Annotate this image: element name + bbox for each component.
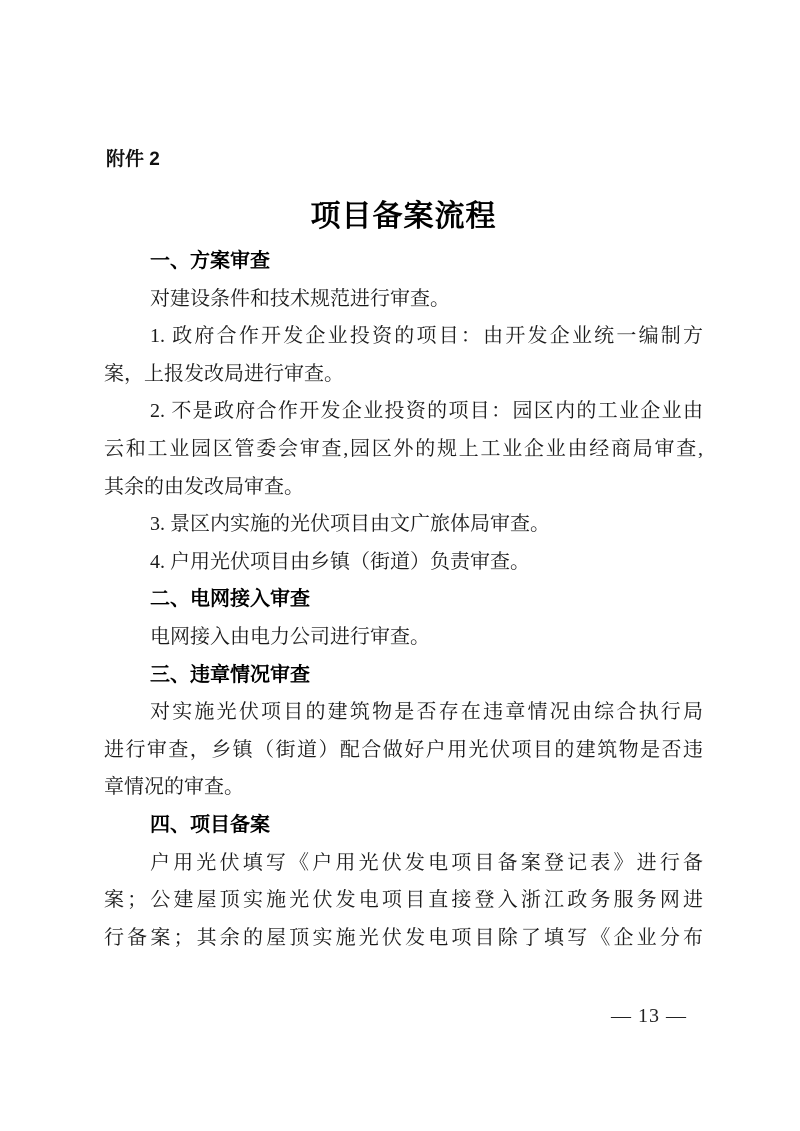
paragraph-line: 章情况的审查。 <box>104 769 703 807</box>
paragraph-line: 1. 政府合作开发企业投资的项目：由开发企业统一编制方 <box>104 318 703 356</box>
paragraph-line: 对实施光伏项目的建筑物是否存在违章情况由综合执行局 <box>104 694 703 732</box>
paragraph-line: 案，上报发改局进行审查。 <box>104 356 703 394</box>
paragraph-line: 行备案；其余的屋顶实施光伏发电项目除了填写《企业分布 <box>104 920 703 958</box>
page-number: — 13 — <box>611 1004 687 1028</box>
paragraph-line: 2. 不是政府合作开发企业投资的项目：园区内的工业企业由 <box>104 393 703 431</box>
paragraph-line: 4. 户用光伏项目由乡镇（街道）负责审查。 <box>104 544 703 582</box>
document-page: 附件 2 项目备案流程 一、方案审查对建设条件和技术规范进行审查。1. 政府合作… <box>0 0 800 1131</box>
paragraph-line: 案；公建屋顶实施光伏发电项目直接登入浙江政务服务网进 <box>104 882 703 920</box>
paragraph-line: 云和工业园区管委会审查,园区外的规上工业企业由经商局审查, <box>104 431 703 469</box>
section-heading: 一、方案审查 <box>104 243 703 281</box>
section-heading: 四、项目备案 <box>104 807 703 845</box>
paragraph-line: 进行审查，乡镇（街道）配合做好户用光伏项目的建筑物是否违 <box>104 732 703 770</box>
section-heading: 二、电网接入审查 <box>104 581 703 619</box>
section-heading: 三、违章情况审查 <box>104 657 703 695</box>
paragraph-line: 对建设条件和技术规范进行审查。 <box>104 281 703 319</box>
paragraph-line: 3. 景区内实施的光伏项目由文广旅体局审查。 <box>104 506 703 544</box>
paragraph-line: 其余的由发改局审查。 <box>104 469 703 507</box>
document-title: 项目备案流程 <box>104 199 703 235</box>
paragraph-line: 户用光伏填写《户用光伏发电项目备案登记表》进行备 <box>104 845 703 883</box>
document-body: 一、方案审查对建设条件和技术规范进行审查。1. 政府合作开发企业投资的项目：由开… <box>104 243 703 957</box>
attachment-label: 附件 2 <box>106 148 160 171</box>
paragraph-line: 电网接入由电力公司进行审查。 <box>104 619 703 657</box>
